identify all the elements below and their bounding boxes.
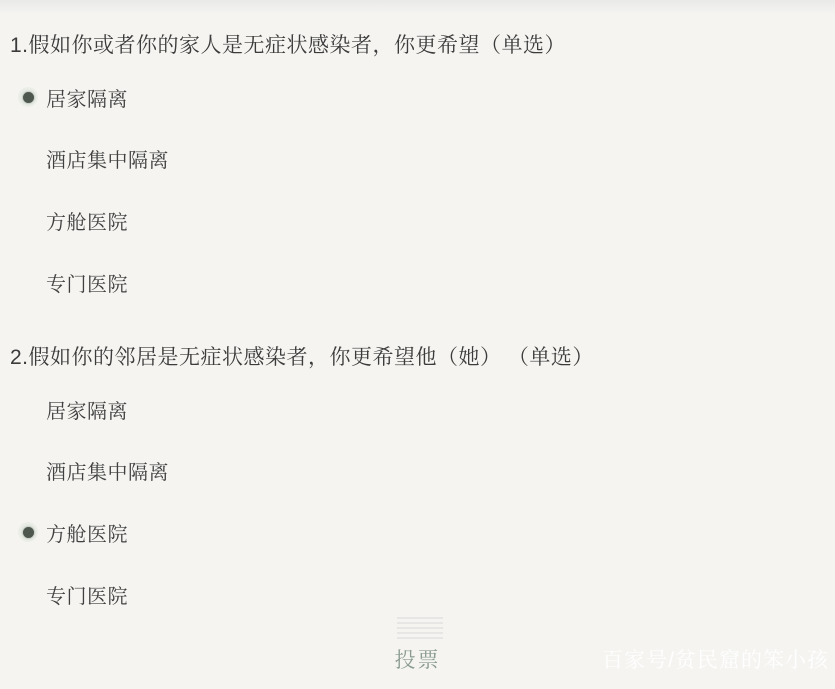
option-hotel-quarantine-q2[interactable]: 酒店集中隔离 — [46, 457, 169, 483]
radio-dot-icon — [23, 92, 34, 103]
option-label: 酒店集中隔离 — [46, 456, 169, 485]
option-home-quarantine-q2[interactable]: 居家隔离 — [46, 396, 128, 422]
option-home-quarantine-q1[interactable]: 居家隔离 — [18, 84, 128, 110]
option-label: 专门医院 — [46, 580, 128, 609]
option-specialized-hospital-q1[interactable]: 专门医院 — [46, 269, 128, 295]
top-shade-gradient — [0, 0, 835, 14]
option-label: 方舱医院 — [46, 518, 128, 547]
faded-lines-decoration — [397, 617, 443, 639]
radio-selected-icon — [18, 522, 38, 542]
option-label: 居家隔离 — [46, 395, 128, 424]
option-label: 专门医院 — [46, 268, 128, 297]
option-label: 方舱医院 — [46, 206, 128, 235]
option-specialized-hospital-q2[interactable]: 专门医院 — [46, 581, 128, 607]
vote-button[interactable]: 投票 — [0, 647, 835, 675]
option-fangcang-hospital-q1[interactable]: 方舱医院 — [46, 207, 128, 233]
option-label: 酒店集中隔离 — [46, 144, 169, 173]
question-1-title: 1.假如你或者你的家人是无症状感染者，你更希望（单选） — [10, 33, 566, 59]
option-fangcang-hospital-q2[interactable]: 方舱医院 — [18, 519, 128, 545]
question-2-title: 2.假如你的邻居是无症状感染者，你更希望他（她） （单选） — [10, 345, 594, 371]
radio-selected-icon — [18, 87, 38, 107]
radio-dot-icon — [23, 527, 34, 538]
option-hotel-quarantine-q1[interactable]: 酒店集中隔离 — [46, 145, 169, 171]
option-label: 居家隔离 — [46, 83, 128, 112]
